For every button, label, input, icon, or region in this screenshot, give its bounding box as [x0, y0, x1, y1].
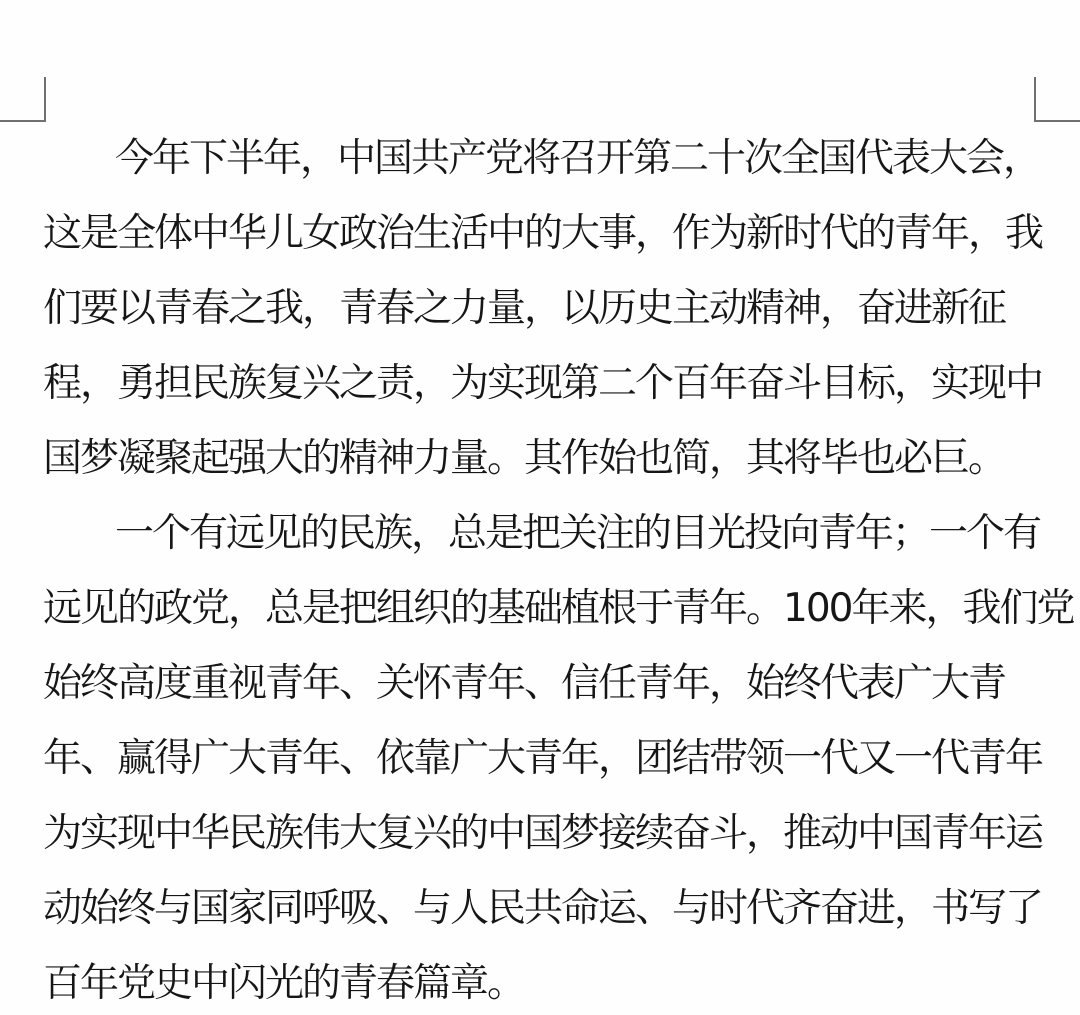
text-line: 远见的政党，总是把组织的基础植根于青年。100年来，我们党: [43, 571, 1045, 646]
margin-corner-mark-top-right: [1034, 77, 1080, 122]
text-line: 百年党史中闪光的青春篇章。: [43, 946, 1045, 1015]
document-page: 今年下半年，中国共产党将召开第二十次全国代表大会，这是全体中华儿女政治生活中的大…: [0, 0, 1080, 1015]
paragraph-1: 今年下半年，中国共产党将召开第二十次全国代表大会，这是全体中华儿女政治生活中的大…: [43, 121, 1045, 496]
text-line: 动始终与国家同呼吸、与人民共命运、与时代齐奋进，书写了: [43, 871, 1045, 946]
text-line: 为实现中华民族伟大复兴的中国梦接续奋斗，推动中国青年运: [43, 796, 1045, 871]
text-line: 国梦凝聚起强大的精神力量。其作始也简，其将毕也必巨。: [43, 421, 1045, 496]
text-line: 始终高度重视青年、关怀青年、信任青年，始终代表广大青: [43, 646, 1045, 721]
document-body: 今年下半年，中国共产党将召开第二十次全国代表大会，这是全体中华儿女政治生活中的大…: [43, 121, 1045, 1015]
margin-corner-mark-top-left: [0, 77, 46, 122]
text-line: 今年下半年，中国共产党将召开第二十次全国代表大会，: [43, 121, 1045, 196]
text-line: 年、赢得广大青年、依靠广大青年，团结带领一代又一代青年: [43, 721, 1045, 796]
text-line: 们要以青春之我，青春之力量，以历史主动精神，奋进新征: [43, 271, 1045, 346]
text-line: 这是全体中华儿女政治生活中的大事，作为新时代的青年，我: [43, 196, 1045, 271]
text-line: 程，勇担民族复兴之责，为实现第二个百年奋斗目标，实现中: [43, 346, 1045, 421]
text-line: 一个有远见的民族，总是把关注的目光投向青年；一个有: [43, 496, 1045, 571]
paragraph-2: 一个有远见的民族，总是把关注的目光投向青年；一个有远见的政党，总是把组织的基础植…: [43, 496, 1045, 1015]
